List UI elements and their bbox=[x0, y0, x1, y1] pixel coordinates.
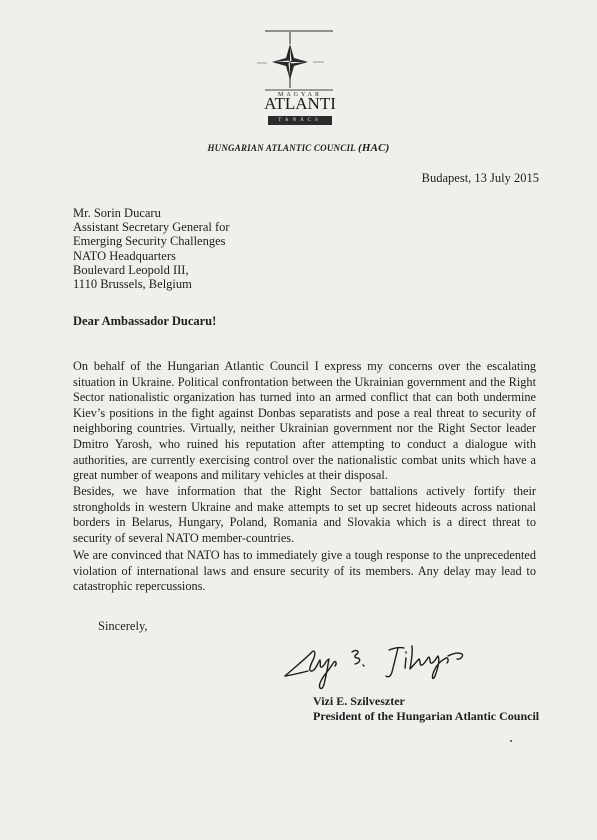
paper-speck bbox=[510, 740, 512, 742]
body-paragraph: We are convinced that NATO has to immedi… bbox=[73, 548, 536, 595]
closing: Sincerely, bbox=[98, 619, 148, 634]
body-paragraph: On behalf of the Hungarian Atlantic Coun… bbox=[73, 359, 536, 484]
signer-block: Vizi E. Szilveszter President of the Hun… bbox=[313, 694, 539, 724]
logo-atlanti-text: ATLANTI bbox=[263, 95, 337, 112]
recipient-line: Emerging Security Challenges bbox=[73, 234, 230, 248]
recipient-line: 1110 Brussels, Belgium bbox=[73, 277, 230, 291]
organization-abbreviation: (HAC) bbox=[358, 142, 390, 154]
recipient-address: Mr. Sorin Ducaru Assistant Secretary Gen… bbox=[73, 206, 230, 291]
recipient-line: Mr. Sorin Ducaru bbox=[73, 206, 230, 220]
recipient-line: Assistant Secretary General for bbox=[73, 220, 230, 234]
letter-date: Budapest, 13 July 2015 bbox=[422, 171, 539, 186]
handwritten-signature bbox=[282, 638, 512, 694]
logo-tanacs-text: TANÁCS bbox=[268, 116, 332, 125]
organization-full-name: HUNGARIAN ATLANTIC COUNCIL bbox=[207, 143, 355, 153]
signature-icon bbox=[282, 638, 512, 694]
recipient-line: NATO Headquarters bbox=[73, 249, 230, 263]
hac-logo: MAGYAR ATLANTI TANÁCS bbox=[255, 28, 345, 132]
signer-title: President of the Hungarian Atlantic Coun… bbox=[313, 709, 539, 724]
body-paragraph: Besides, we have information that the Ri… bbox=[73, 484, 536, 546]
organization-name: HUNGARIAN ATLANTIC COUNCIL (HAC) bbox=[0, 142, 597, 154]
salutation: Dear Ambassador Ducaru! bbox=[73, 314, 216, 329]
signer-name: Vizi E. Szilveszter bbox=[313, 694, 539, 709]
recipient-line: Boulevard Leopold III, bbox=[73, 263, 230, 277]
